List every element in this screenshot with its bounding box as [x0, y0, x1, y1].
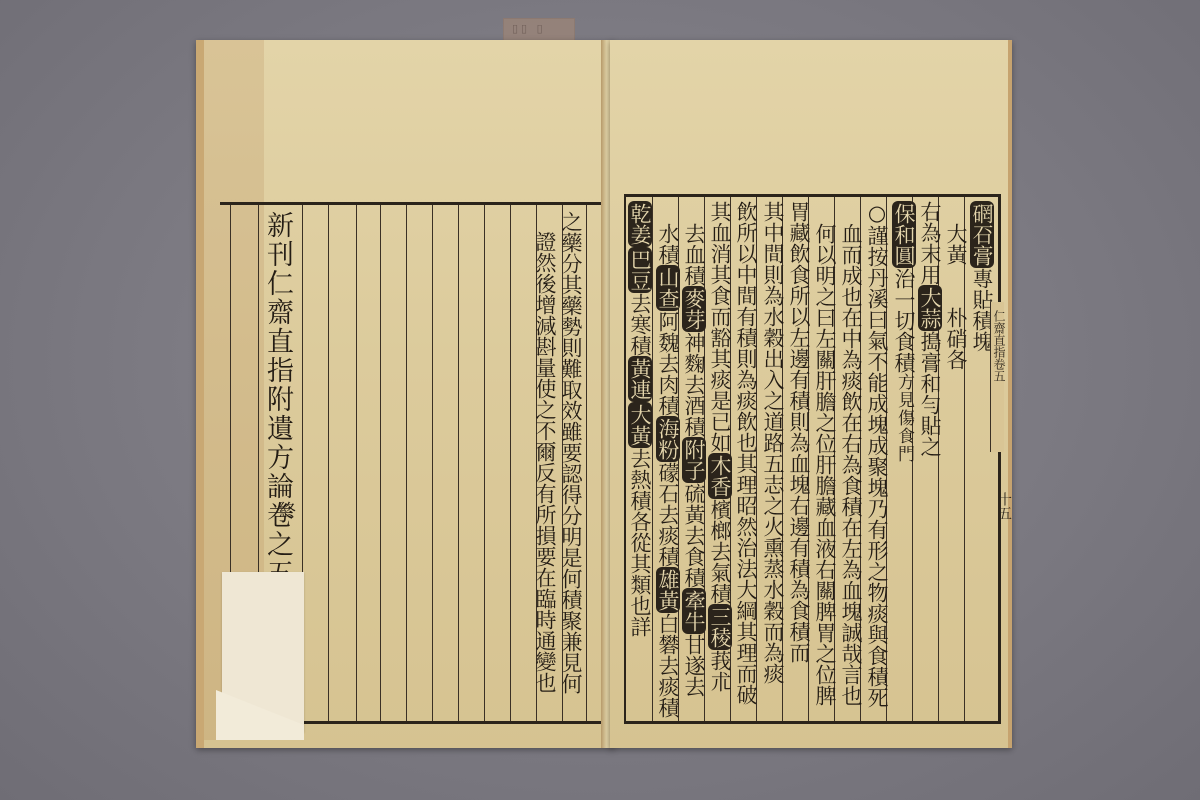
- column-rule: [356, 205, 357, 721]
- right-page-frame: 䃃䂖膏專貼積塊 大黃 朴硝各 右為末用大蒜搗膏和勻貼之 保和圓治一切食積方見傷食…: [624, 194, 1001, 724]
- volume-end-mark: 終: [272, 501, 298, 519]
- text-column-7: 何以明之曰左關肝膽之位肝膽藏血液右關脾胃之位脾: [814, 223, 836, 706]
- text-column-6: 血而成也在中為痰飲在右為食積在左為血塊誠哉言也: [840, 223, 862, 706]
- catalog-label-text: ▯▯ ▯: [512, 22, 546, 35]
- column-rule: [586, 205, 587, 721]
- column-rule: [328, 205, 329, 721]
- column-text: 莪朮: [708, 650, 732, 692]
- column-rule: [484, 205, 485, 721]
- ingredient-highlight: 海粉: [656, 416, 680, 462]
- right-page: 䃃䂖膏專貼積塊 大黃 朴硝各 右為末用大蒜搗膏和勻貼之 保和圓治一切食積方見傷食…: [610, 40, 1012, 748]
- margin-tab-text: 仁齋直指卷五: [991, 310, 1008, 382]
- column-text: 治一切食積: [892, 268, 916, 373]
- text-column-12: 去血積麥芽神麴去酒積附子硫黃去食積牽牛甘遂去: [684, 223, 704, 697]
- ingredient-highlight: 牽牛: [682, 588, 706, 634]
- text-column-8: 胃藏飲食所以左邊有積則為血塊右邊有積為食積而: [788, 201, 810, 663]
- ingredient-highlight: 黃連: [628, 356, 652, 402]
- text-column-5: ○謹按丹溪曰氣不能成塊成聚塊乃有形之物痰與食積死: [866, 201, 888, 708]
- text-column-10: 飲所以中間有積則為痰飲也其理昭然治法大綱其理而破: [736, 201, 756, 705]
- column-text: 搗膏和勻貼之: [918, 331, 942, 457]
- column-rule: [652, 197, 653, 721]
- ingredient-highlight: 山查: [656, 265, 680, 311]
- ingredient-highlight: 乾姜: [628, 201, 652, 247]
- column-text: 礞石去痰積: [656, 462, 680, 567]
- column-text: 神麴: [682, 332, 706, 374]
- ingredient-highlight: 巴豆: [628, 247, 652, 293]
- text-column-3: 右為末用大蒜搗膏和勻貼之: [918, 201, 942, 457]
- text-column-2: 大黃 朴硝各: [944, 223, 968, 370]
- circle-mark-icon: ○: [865, 201, 889, 225]
- volume-title: 新刊仁齋直指附遺方論卷之五: [264, 211, 290, 588]
- column-text: 去肉積: [656, 353, 680, 416]
- ingredient-highlight: 雄黃: [656, 567, 680, 613]
- ingredient-highlight: 木香: [708, 453, 732, 499]
- text-column-14: 乾姜巴豆去寒積黃連大黃去熱積各從其類也詳: [630, 201, 650, 637]
- open-book: 新刊仁齋直指附遺方論卷之五 終 之藥分其藥勢則難取效雖要認得分明是何積聚兼見何 …: [196, 40, 1008, 750]
- column-rule: [458, 205, 459, 721]
- leaf-number: 十五: [994, 492, 1014, 520]
- column-text: 白礬去痰積: [656, 613, 680, 718]
- column-text: 水積: [656, 223, 680, 265]
- column-text: 去酒積: [682, 374, 706, 437]
- ingredient-highlight: 麥芽: [682, 286, 706, 332]
- text-column-9: 其中間則為水穀出入之道路五志之火熏蒸水穀而為痰: [762, 201, 784, 684]
- column-rule: [432, 205, 433, 721]
- column-text: 謹按丹溪曰氣不能成塊成聚塊乃有形之物痰與食積死: [865, 225, 889, 708]
- text-column-11: 其血消其食而豁其痰是已如木香檳榔去氣積三稜莪朮: [710, 201, 730, 692]
- column-rule: [380, 205, 381, 721]
- column-rule: [406, 205, 407, 721]
- remedy-name-highlight: 䃃䂖膏: [970, 201, 994, 268]
- remedy-name-highlight: 保和圓: [892, 201, 916, 268]
- ingredient-highlight: 附子: [682, 437, 706, 483]
- column-text: 阿魏: [656, 311, 680, 353]
- ingredient-highlight: 大蒜: [918, 285, 942, 331]
- text-column-2: 證然後增減斟量使之不爾反有所損要在臨時通變也: [532, 231, 558, 693]
- column-text: 去熱積各從其類也詳: [628, 448, 652, 637]
- column-text: 去寒積: [628, 293, 652, 356]
- margin-tab: 仁齋直指卷五: [990, 302, 1004, 452]
- ingredient-highlight: 三稜: [708, 604, 732, 650]
- column-text: 去血積: [682, 223, 706, 286]
- column-text: 硫黃去食積: [682, 483, 706, 588]
- text-column-4: 保和圓治一切食積方見傷食門: [892, 201, 916, 463]
- text-column-13: 水積山查阿魏去肉積海粉礞石去痰積雄黃白礬去痰積: [658, 223, 678, 718]
- left-page: 新刊仁齋直指附遺方論卷之五 終 之藥分其藥勢則難取效雖要認得分明是何積聚兼見何 …: [196, 40, 614, 748]
- ingredient-highlight: 大黃: [628, 402, 652, 448]
- column-rule: [510, 205, 511, 721]
- text-column-1: 之藥分其藥勢則難取效雖要認得分明是何積聚兼見何: [558, 211, 584, 694]
- annotation-text: 方見傷食門: [894, 373, 914, 463]
- column-text: 檳榔去氣積: [708, 499, 732, 604]
- column-text: 甘遂去: [682, 634, 706, 697]
- column-text: 其血消其食而豁其痰是已如: [708, 201, 732, 453]
- column-text: 右為末用: [918, 201, 942, 285]
